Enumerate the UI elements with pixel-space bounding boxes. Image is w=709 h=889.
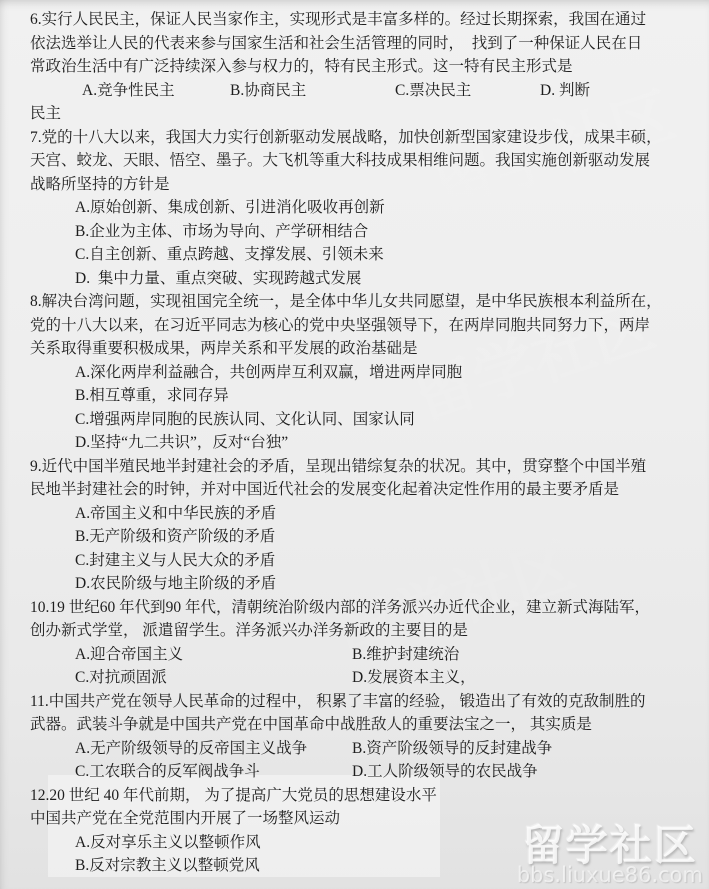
option-d: D. 判断 xyxy=(540,79,590,103)
option-b: B.相互尊重，求同存异 xyxy=(30,384,689,408)
option-a: A.竞争性民主 xyxy=(82,79,230,103)
option-b: B.维护封建统治 xyxy=(352,643,459,667)
question-6: 6.实行人民民主，保证人民当家作主，实现形式是丰富多样的。经过长期探索，我国在通… xyxy=(30,8,689,126)
option-a: A.无产阶级领导的反帝国主义战争 xyxy=(75,737,352,761)
question-6-stem-line: 6.实行人民民主，保证人民当家作主，实现形式是丰富多样的。经过长期探索，我国在通… xyxy=(30,8,689,32)
question-12: 12.20 世纪 40 年代前期， 为了提高广大党员的思想建设水平 中国共产党在… xyxy=(30,784,689,878)
question-7-stem-line: 7.党的十八大以来，我国大力实行创新驱动发展战略，加快创新型国家建设步伐，成果丰… xyxy=(30,126,689,150)
question-10-options-row: C.对抗顽固派 D.发展资本主义， xyxy=(30,666,689,690)
exam-page: 留学社区 留学社区 留学社区 6.实行人民民主，保证人民当家作主，实现形式是丰富… xyxy=(0,0,709,889)
option-c: C.增强两岸同胞的民族认同、文化认同、国家认同 xyxy=(30,408,689,432)
question-11-options-row: A.无产阶级领导的反帝国主义战争 B.资产阶级领导的反封建战争 xyxy=(30,737,689,761)
question-9-options: A.帝国主义和中华民族的矛盾 B.无产阶级和资产阶级的矛盾 C.封建主义与人民大… xyxy=(30,502,689,596)
question-7-options: A.原始创新、集成创新、引进消化吸收再创新 B.企业为主体、市场为导向、产学研相… xyxy=(30,196,689,290)
option-b: B.反对宗教主义以整顿党风 xyxy=(30,854,689,878)
question-9-stem-line: 民地半封建社会的时钟，并对中国近代社会的发展变化起着决定性作用的最主要矛盾是 xyxy=(30,478,689,502)
question-6-stem-line: 常政治生活中有广泛持续深入参与权力的，特有民主形式。这一特有民主形式是 xyxy=(30,55,689,79)
option-a: A.迎合帝国主义 xyxy=(75,643,352,667)
question-11-options-row: C.工农联合的反军阀战争斗 D.工人阶级领导的农民战争 xyxy=(30,760,689,784)
exam-body: 6.实行人民民主，保证人民当家作主，实现形式是丰富多样的。经过长期探索，我国在通… xyxy=(0,0,709,878)
question-11-stem-line: 武器。武装斗争就是中国共产党在中国革命中战胜敌人的重要法宝之一， 其实质是 xyxy=(30,713,689,737)
question-11: 11.中国共产党在领导人民革命的过程中， 积累了丰富的经验， 锻造出了有效的克敌… xyxy=(30,690,689,784)
question-8-stem-line: 8.解决台湾问题，实现祖国完全统一，是全体中华儿女共同愿望，是中华民族根本利益所… xyxy=(30,290,689,314)
question-12-options: A.反对享乐主义以整顿作风 B.反对宗教主义以整顿党风 xyxy=(30,831,689,878)
option-b: B.资产阶级领导的反封建战争 xyxy=(352,737,552,761)
question-7: 7.党的十八大以来，我国大力实行创新驱动发展战略，加快创新型国家建设步伐，成果丰… xyxy=(30,126,689,291)
question-12-stem-line: 12.20 世纪 40 年代前期， 为了提高广大党员的思想建设水平 xyxy=(30,784,689,808)
option-b: B.无产阶级和资产阶级的矛盾 xyxy=(30,525,689,549)
question-10-options-row: A.迎合帝国主义 B.维护封建统治 xyxy=(30,643,689,667)
question-7-stem-line: 战略所坚持的方针是 xyxy=(30,173,689,197)
question-7-stem-line: 天宫、蛟龙、天眼、悟空、墨子。大飞机等重大科技成果相维问题。我国实施创新驱动发展 xyxy=(30,149,689,173)
option-a: A.原始创新、集成创新、引进消化吸收再创新 xyxy=(30,196,689,220)
option-d: D.工人阶级领导的农民战争 xyxy=(352,760,538,784)
question-8: 8.解决台湾问题，实现祖国完全统一，是全体中华儿女共同愿望，是中华民族根本利益所… xyxy=(30,290,689,455)
option-a: A.帝国主义和中华民族的矛盾 xyxy=(30,502,689,526)
option-a: A.深化两岸利益融合，共创两岸互利双赢，增进两岸同胞 xyxy=(30,361,689,385)
option-b: B.协商民主 xyxy=(230,79,395,103)
option-b: B.企业为主体、市场为导向、产学研相结合 xyxy=(30,220,689,244)
question-10-stem-line: 创办新式学堂， 派遣留学生。洋务派兴办洋务新政的主要目的是 xyxy=(30,619,689,643)
option-c: C.自主创新、重点跨越、支撑发展、引领未来 xyxy=(30,243,689,267)
option-d: D.农民阶级与地主阶级的矛盾 xyxy=(30,572,689,596)
option-c: C.票决民主 xyxy=(395,79,540,103)
question-9-stem-line: 9.近代中国半殖民地半封建社会的矛盾，呈现出错综复杂的状况。其中，贯穿整个中国半… xyxy=(30,455,689,479)
option-d: D.坚持“九二共识”，反对“台独” xyxy=(30,431,689,455)
question-8-stem-line: 党的十八大以来，在习近平同志为核心的党中央坚强领导下，在两岸同胞共同努力下，两岸 xyxy=(30,314,689,338)
question-9: 9.近代中国半殖民地半封建社会的矛盾，呈现出错综复杂的状况。其中，贯穿整个中国半… xyxy=(30,455,689,596)
question-8-stem-line: 关系取得重要积极成果，两岸关系和平发展的政治基础是 xyxy=(30,337,689,361)
question-8-options: A.深化两岸利益融合，共创两岸互利双赢，增进两岸同胞 B.相互尊重，求同存异 C… xyxy=(30,361,689,455)
question-12-stem-line: 中国共产党在全党范围内开展了一场整风运动 xyxy=(30,807,689,831)
option-d-overflow: 民主 xyxy=(30,102,689,126)
option-c: C.工农联合的反军阀战争斗 xyxy=(75,760,352,784)
question-11-stem-line: 11.中国共产党在领导人民革命的过程中， 积累了丰富的经验， 锻造出了有效的克敌… xyxy=(30,690,689,714)
question-6-options-row: A.竞争性民主 B.协商民主 C.票决民主 D. 判断 xyxy=(30,79,689,103)
question-10-stem-line: 10.19 世纪60 年代到90 年代，清朝统治阶级内部的洋务派兴办近代企业，建… xyxy=(30,596,689,620)
option-d: D.发展资本主义， xyxy=(352,666,476,690)
option-a: A.反对享乐主义以整顿作风 xyxy=(30,831,689,855)
option-c: C.封建主义与人民大众的矛盾 xyxy=(30,549,689,573)
question-10: 10.19 世纪60 年代到90 年代，清朝统治阶级内部的洋务派兴办近代企业，建… xyxy=(30,596,689,690)
option-c: C.对抗顽固派 xyxy=(75,666,352,690)
option-d: D. 集中力量、重点突破、实现跨越式发展 xyxy=(30,267,689,291)
question-6-stem-line: 依法选举让人民的代表来参与国家生活和社会生活管理的同时， 找到了一种保证人民在日 xyxy=(30,32,689,56)
